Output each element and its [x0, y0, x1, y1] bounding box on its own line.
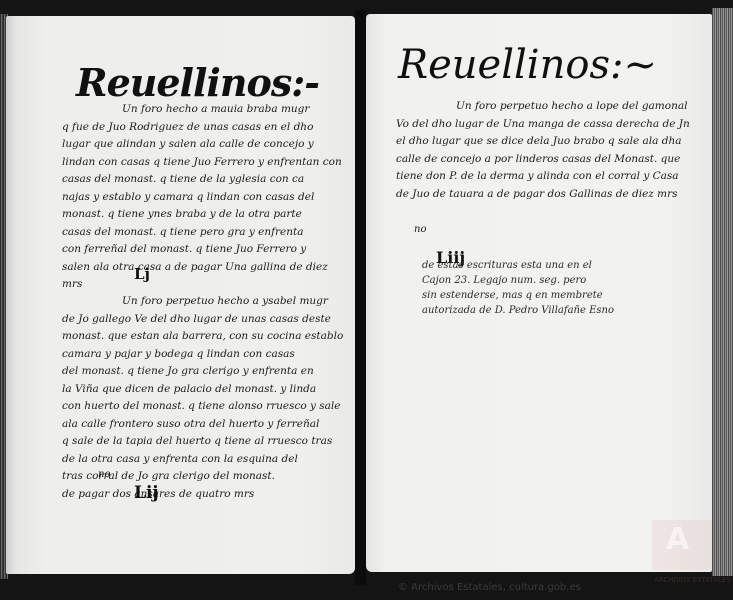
text-line: con ferreñal del monast. q tiene Juo Fer…	[62, 241, 342, 259]
text-line: sin estenderse, mas q en membrete	[422, 288, 614, 303]
text-line: autorizada de D. Pedro Villafañe Esno	[422, 303, 614, 318]
document-viewer: Reuellinos:- Un foro hecho a mauia braba…	[0, 0, 733, 600]
text-line: la Viña que dicen de palacio del monast.…	[62, 381, 343, 399]
text-line: ala calle frontero suso otra del huerto …	[62, 416, 343, 434]
text-line: Vo del dho lugar de Una manga de cassa d…	[396, 116, 690, 134]
text-line: casas del monast. q tiene de la yglesia …	[62, 171, 342, 189]
text-line: Un foro perpetuo hecho a ysabel mugr	[62, 293, 343, 311]
entry-prefix: no	[414, 224, 426, 235]
archival-annotation: de estas escrituras esta una en el Cajon…	[422, 258, 614, 318]
text-line: de Juo de tauara a de pagar dos Gallinas…	[396, 186, 690, 204]
text-line: Un foro perpetuo hecho a lope del gamona…	[396, 98, 690, 116]
entry-prefix: no	[98, 469, 110, 480]
text-line: de la otra casa y enfrenta con la esquin…	[62, 451, 343, 469]
text-line: tiene don P. de la derma y alinda con el…	[396, 168, 690, 186]
right-page: Reuellinos:~ Un foro perpetuo hecho a lo…	[366, 14, 712, 572]
entry-number: Lij	[134, 483, 159, 503]
right-entry-1: Un foro perpetuo hecho a lope del gamona…	[396, 98, 690, 203]
left-page-title: Reuellinos:-	[76, 60, 319, 105]
text-line: monast. que estan ala barrera, con su co…	[62, 328, 343, 346]
text-line: monast. q tiene ynes braba y de la otra …	[62, 206, 342, 224]
left-page: Reuellinos:- Un foro hecho a mauia braba…	[6, 16, 355, 574]
text-line: salen ala otra casa a de pagar Una galli…	[62, 259, 342, 277]
text-line: lindan con casas q tiene Juo Ferrero y e…	[62, 154, 342, 172]
text-line: camara y pajar y bodega q lindan con cas…	[62, 346, 343, 364]
text-line: con huerto del monast. q tiene alonso rr…	[62, 398, 343, 416]
book-gutter	[355, 10, 366, 585]
watermark-label: ARCHIVOS ESTATALES	[652, 576, 733, 584]
text-line: mrs	[62, 276, 342, 294]
text-line: Un foro hecho a mauia braba mugr	[62, 101, 342, 119]
text-line: el dho lugar que se dice dela Juo brabo …	[396, 133, 690, 151]
text-line: casas del monast. q tiene pero gra y enf…	[62, 224, 342, 242]
text-line: del monast. q tiene Jo gra clerigo y enf…	[62, 363, 343, 381]
footer-credit: © Archivos Estatales, cultura.gob.es	[398, 582, 581, 593]
text-line: q sale de la tapia del huerto q tiene al…	[62, 433, 343, 451]
text-line: q fue de Juo Rodriguez de unas casas en …	[62, 119, 342, 137]
text-line: de Jo gallego Ve del dho lugar de unas c…	[62, 311, 343, 329]
text-line: calle de concejo a por linderos casas de…	[396, 151, 690, 169]
right-page-title: Reuellinos:~	[398, 42, 657, 88]
watermark-logo-icon: A	[666, 522, 689, 557]
right-page-stack-edge	[712, 8, 733, 576]
entry-number: Lj	[134, 265, 150, 283]
text-line: de estas escrituras esta una en el	[422, 258, 614, 273]
text-line: najas y establo y camara q lindan con ca…	[62, 189, 342, 207]
text-line: de pagar dos ansares de quatro mrs	[62, 486, 343, 504]
text-line: lugar que alindan y salen ala calle de c…	[62, 136, 342, 154]
left-entry-1: Un foro hecho a mauia braba mugr q fue d…	[62, 101, 342, 294]
text-line: Cajon 23. Legajo num. seg. pero	[422, 273, 614, 288]
